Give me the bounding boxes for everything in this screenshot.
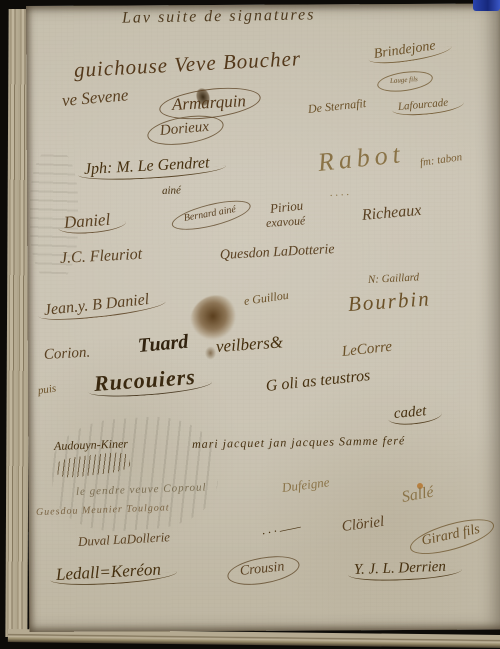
signature-rabot-dots: . . . . <box>330 187 350 199</box>
signature-richeaux: Richeaux <box>361 203 422 224</box>
signature-cadet: cadet <box>393 404 427 422</box>
signature-ledall-kereon: Ledall=Keréon <box>56 561 162 583</box>
signature-dorieux: Dorieux <box>159 120 209 139</box>
signature-tuard: Tuard <box>137 332 189 356</box>
signature-duval-ladollerie: Duval LaDollerie <box>78 530 171 548</box>
signature-corion: Corion. <box>44 346 91 363</box>
manuscript-photo: Lav suite de signatures guichouse Veve B… <box>0 0 500 649</box>
signature-gaillard: N: Gaillard <box>368 272 420 286</box>
page-title: Lav suite de signatures <box>122 6 316 27</box>
signature-ve-sevene: ve Sevene <box>61 86 129 109</box>
signature-guesdou-toulgoat: Guesdou Meunier Toulgoat <box>36 503 170 518</box>
signature-puis: puis <box>37 384 57 397</box>
signatures-layer: Lav suite de signatures guichouse Veve B… <box>0 0 500 649</box>
signature-derrien: Y. J. L. Derrien <box>354 560 446 578</box>
signature-audouyn-kiner: Audouyn-Kiner <box>54 437 128 452</box>
signature-fleuriot: J.C. Fleuriot <box>60 247 143 267</box>
signature-le-gendret: Jph: M. Le Gendret <box>84 155 210 178</box>
signature-guichouse-veve-boucher: guichouse Veve Boucher <box>73 48 301 81</box>
signature-salle: Sallé <box>401 485 435 506</box>
signature-piriou: Piriou <box>269 199 303 215</box>
signature-guillou: e Guillou <box>243 289 289 307</box>
signature-bourbin: Bourbin <box>347 288 431 315</box>
signature-oli-teustros: G oli as teustros <box>265 368 371 395</box>
signature-bernard-aine: Bernard ainé <box>183 205 237 224</box>
signature-brindejone-paraph: Lauge fils <box>390 76 418 85</box>
signature-daniel: Daniel <box>63 211 110 231</box>
signature-quesdon-ladotterie: Quesdon LaDotterie <box>220 243 335 263</box>
signature-fm-tabon: fm: tabon <box>419 152 463 169</box>
signature-rabot: Rabot <box>317 141 406 176</box>
signature-brindejone: Brindejone <box>373 39 437 62</box>
signature-armarquin: Armarquin <box>172 92 247 113</box>
signature-mari-jacquet: mari jacquet jan jacques Samme feré <box>192 434 405 450</box>
signature-crousin: Crousin <box>239 560 285 579</box>
signature-le-gendre-veuve: le gendre veuve Coproul <box>76 482 207 498</box>
signature-girard-fils: Girard fils <box>421 523 482 549</box>
signature-aine: ainé <box>162 185 181 197</box>
signature-cloriel: Clöriel <box>341 515 385 535</box>
signature-jean-daniel: Jean.y. B Daniel <box>43 292 150 319</box>
signature-pen-marks: · · · —— <box>261 520 302 540</box>
signature-dufeigne: Dufeigne <box>281 475 330 494</box>
signature-rucouiers: Rucouiers <box>93 366 196 395</box>
signature-de-sternafit: De Sternafit <box>307 97 366 115</box>
signature-lecorre: LeCorre <box>341 340 393 360</box>
signature-piriou-exavoue: exavoué <box>266 214 306 229</box>
signature-lafourcade: Lafourcade <box>398 98 449 113</box>
signature-veilbers: veilbers& <box>215 333 283 355</box>
